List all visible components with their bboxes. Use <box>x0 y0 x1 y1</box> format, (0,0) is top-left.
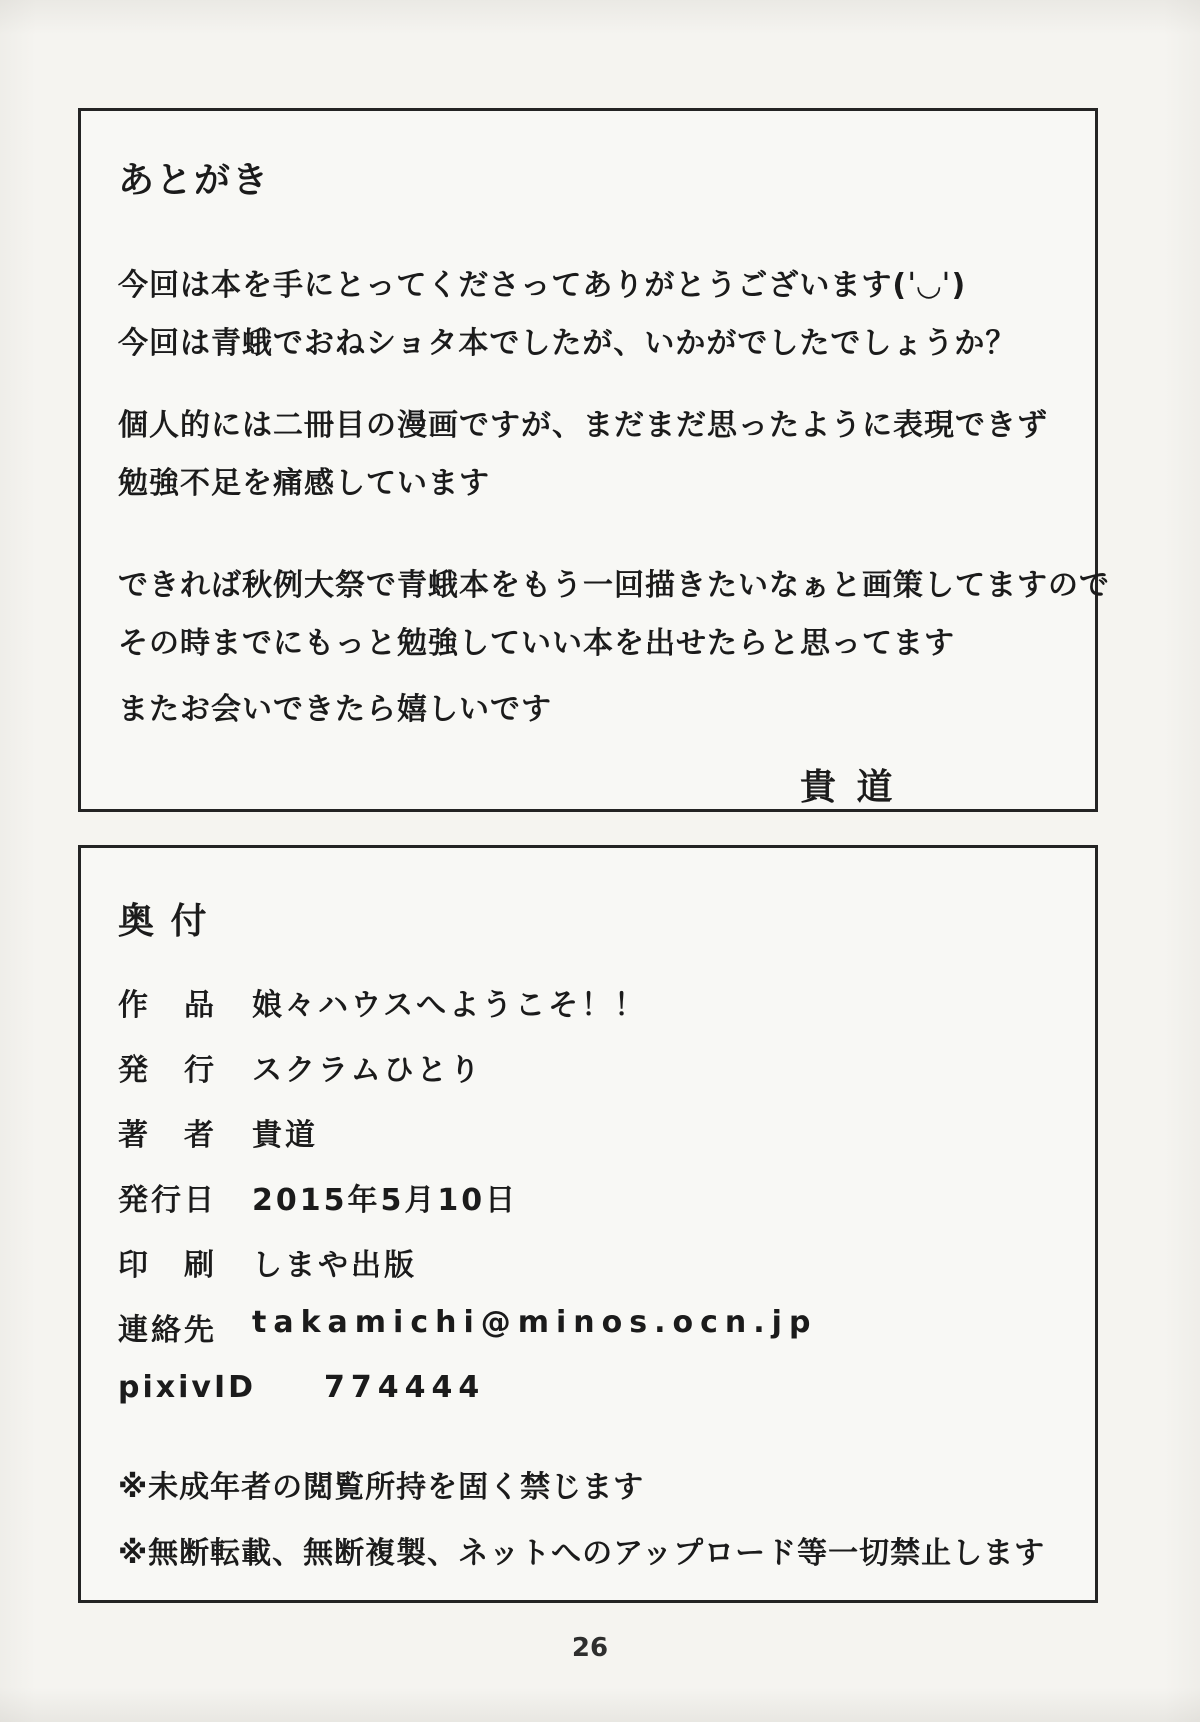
colophon-row-contact: 連絡先takamichi@minos.ocn.jp <box>118 1305 817 1349</box>
colophon-row-author: 著 者貴道 <box>118 1110 318 1154</box>
colophon-value-pixiv-id: 774444 <box>324 1370 485 1405</box>
colophon-box: 奥 付 作 品娘々ハウスへようこそ！！ 発 行スクラムひとり 著 者貴道 発行日… <box>78 845 1098 1603</box>
afterword-heading: あとがき <box>118 152 270 203</box>
colophon-value-printer: しまや出版 <box>252 1240 417 1284</box>
colophon-row-pixiv-id: pixivID774444 <box>118 1370 485 1405</box>
colophon-label-printer: 印 刷 <box>118 1240 252 1284</box>
colophon-row-work: 作 品娘々ハウスへようこそ！！ <box>118 980 647 1024</box>
colophon-row-publish-date: 発行日2015年5月10日 <box>118 1175 518 1219</box>
author-signature: 貴 道 <box>800 759 897 810</box>
colophon-row-publisher: 発 行スクラムひとり <box>118 1045 483 1089</box>
colophon-value-work-title: 娘々ハウスへようこそ！！ <box>252 980 647 1024</box>
afterword-paragraph3-line2: その時までにもっと勉強していい本を出せたらと思ってます <box>118 618 955 662</box>
colophon-label-publish-date: 発行日 <box>118 1175 252 1219</box>
afterword-paragraph4-line1: またお会いできたら嬉しいです <box>118 684 552 728</box>
colophon-value-publisher: スクラムひとり <box>252 1045 483 1089</box>
colophon-note-minors-prohibited: ※未成年者の閲覧所持を固く禁じます <box>118 1462 644 1506</box>
colophon-label-publisher: 発 行 <box>118 1045 252 1089</box>
colophon-row-printer: 印 刷しまや出版 <box>118 1240 417 1284</box>
afterword-paragraph1-line1: 今回は本を手にとってくださってありがとうございます(ˈ◡ˈ) <box>118 260 966 304</box>
afterword-paragraph2-line1: 個人的には二冊目の漫画ですが、まだまだ思ったように表現できず <box>118 400 1048 444</box>
afterword-box: あとがき 今回は本を手にとってくださってありがとうございます(ˈ◡ˈ) 今回は青… <box>78 108 1098 812</box>
colophon-heading: 奥 付 <box>118 893 209 944</box>
afterword-paragraph2-line2: 勉強不足を痛感しています <box>118 458 490 502</box>
colophon-value-contact-email: takamichi@minos.ocn.jp <box>252 1305 817 1340</box>
page-number: 26 <box>0 1633 1180 1663</box>
colophon-label-pixiv-id: pixivID <box>118 1370 252 1405</box>
colophon-label-author: 著 者 <box>118 1110 252 1154</box>
colophon-value-publish-date: 2015年5月10日 <box>252 1175 518 1219</box>
colophon-note-no-reproduction: ※無断転載、無断複製、ネットへのアップロード等一切禁止します <box>118 1528 1045 1572</box>
colophon-label-work: 作 品 <box>118 980 252 1024</box>
colophon-value-author: 貴道 <box>252 1110 318 1154</box>
afterword-paragraph3-line1: できれば秋例大祭で青蛾本をもう一回描きたいなぁと画策してますので <box>118 560 1110 604</box>
afterword-paragraph1-line2: 今回は青蛾でおねショタ本でしたが、いかがでしたでしょうか？ <box>118 318 1016 362</box>
colophon-label-contact: 連絡先 <box>118 1305 252 1349</box>
